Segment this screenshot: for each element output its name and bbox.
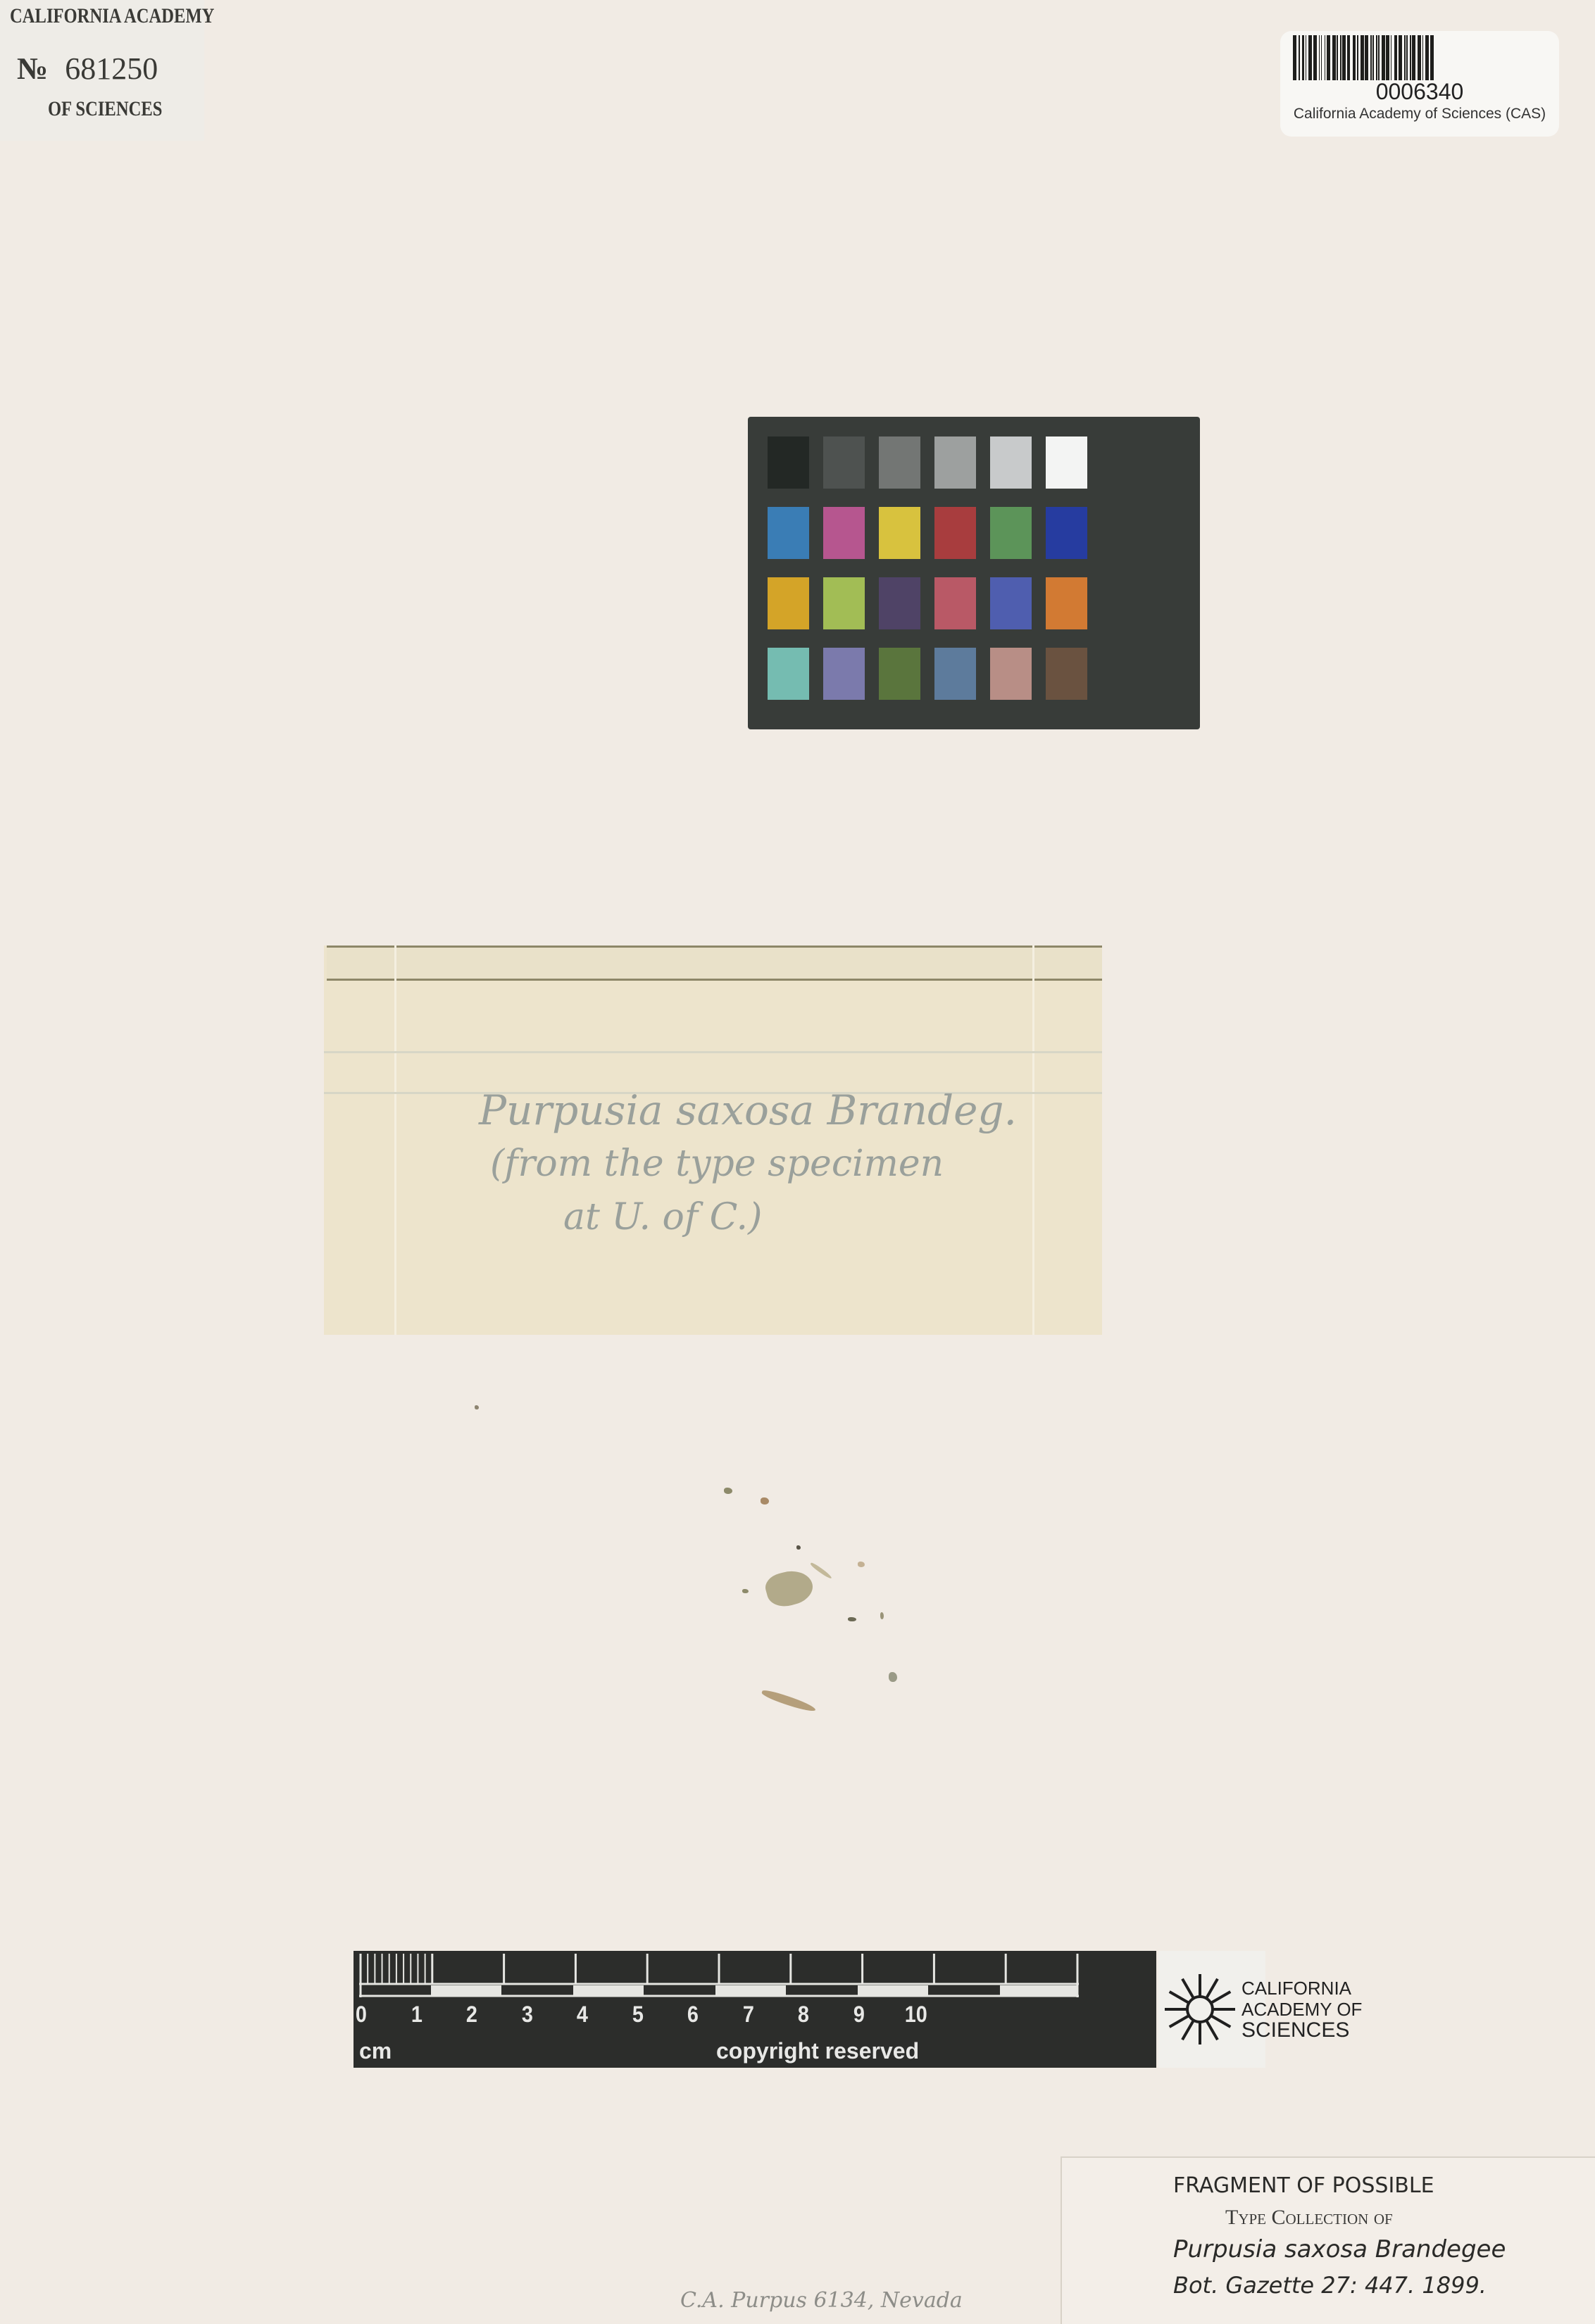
barcode-institution: California Academy of Sciences (CAS)	[1280, 106, 1559, 123]
color-patch	[823, 577, 865, 629]
ruler-unit: cm	[359, 2038, 392, 2064]
cas-logo-text: CALIFORNIA ACADEMY OF SCIENCES	[1241, 1978, 1362, 2041]
annotation-line1: FRAGMENT OF POSSIBLE	[1173, 2173, 1434, 2198]
color-patch	[823, 436, 865, 489]
packet-handwriting-line2: (from the type specimen	[490, 1143, 944, 1185]
plant-stem-fragment	[810, 1562, 833, 1580]
logo-line2: ACADEMY OF	[1241, 1999, 1362, 2020]
color-patch	[1046, 648, 1087, 700]
color-patch	[1046, 436, 1087, 489]
ruler-tick-label: 3	[521, 2002, 532, 2028]
packet-handwriting-line1: Purpusia saxosa Brandeg.	[479, 1086, 1017, 1134]
collector-note: C.A. Purpus 6134, Nevada	[680, 2288, 963, 2313]
color-patch	[879, 507, 920, 559]
ruler-tick-label: 9	[853, 2002, 864, 2028]
barcode-icon	[1293, 35, 1539, 80]
ruler-copyright: copyright reserved	[716, 2038, 919, 2064]
annotation-citation: Bot. Gazette 27: 447. 1899.	[1173, 2272, 1487, 2299]
color-patch	[768, 577, 809, 629]
packet-handwriting-line3: at U. of C.)	[563, 1196, 762, 1238]
packet-flap	[327, 946, 1102, 981]
annotation-line2: Type Collection of	[1225, 2206, 1393, 2230]
packet-fold-right	[1032, 946, 1034, 1335]
number-sign: №	[17, 51, 48, 86]
accession-stamp: CALIFORNIA ACADEMY №681250 OF SCIENCES	[0, 0, 204, 141]
logo-line3: SCIENCES	[1241, 2020, 1362, 2041]
stamp-number-line: №681250	[17, 51, 158, 87]
accession-number: 681250	[65, 51, 158, 86]
barcode-label: 0006340 California Academy of Sciences (…	[1280, 31, 1559, 137]
plant-debris	[848, 1617, 856, 1621]
ruler-tick-label: 5	[632, 2002, 643, 2028]
scale-ruler: 012345678910 cm copyright reserved CALIF…	[354, 1951, 1156, 2068]
color-patch	[823, 648, 865, 700]
color-patch	[879, 436, 920, 489]
plant-debris	[742, 1589, 749, 1593]
barcode-number: 0006340	[1280, 79, 1559, 105]
ruler-scale-bar	[359, 1954, 1079, 1997]
ruler-tick-label: 4	[577, 2002, 588, 2028]
plant-debris	[858, 1562, 865, 1567]
packet-ruled-line	[324, 1051, 1102, 1053]
color-patch	[879, 577, 920, 629]
plant-stem-fragment	[761, 1688, 817, 1714]
color-patch	[879, 648, 920, 700]
ruler-tick-label: 10	[905, 2002, 927, 2028]
ruler-tick-label: 8	[798, 2002, 809, 2028]
color-patch	[768, 507, 809, 559]
color-patch	[990, 507, 1032, 559]
color-patch	[1046, 507, 1087, 559]
color-patch	[934, 436, 976, 489]
color-patch	[934, 577, 976, 629]
color-patch	[934, 507, 976, 559]
color-patch	[990, 648, 1032, 700]
color-patch	[768, 436, 809, 489]
ruler-tick-label: 6	[687, 2002, 699, 2028]
annotation-taxon: Purpusia saxosa Brandegee	[1173, 2235, 1506, 2263]
plant-debris	[724, 1488, 732, 1494]
color-checker-card	[748, 417, 1200, 729]
plant-leaf-fragment	[763, 1566, 816, 1610]
plant-debris	[475, 1405, 479, 1409]
ruler-tick-label: 7	[742, 2002, 753, 2028]
color-patch	[768, 648, 809, 700]
cas-logo-panel: CALIFORNIA ACADEMY OF SCIENCES	[1158, 1951, 1265, 2068]
ruler-tick-label: 2	[466, 2002, 477, 2028]
plant-debris	[889, 1672, 897, 1682]
stamp-institution-line1: CALIFORNIA ACADEMY	[10, 4, 214, 28]
color-patch	[934, 648, 976, 700]
plant-debris	[880, 1612, 884, 1619]
plant-debris	[796, 1545, 801, 1550]
logo-line1: CALIFORNIA	[1241, 1978, 1362, 1999]
ruler-tick-label: 0	[356, 2002, 367, 2028]
specimen-packet: Purpusia saxosa Brandeg. (from the type …	[324, 946, 1102, 1335]
color-patch	[823, 507, 865, 559]
plant-debris	[761, 1497, 769, 1505]
ruler-tick-label: 1	[411, 2002, 422, 2028]
annotation-label: FRAGMENT OF POSSIBLE Type Collection of …	[1061, 2156, 1595, 2324]
color-patch	[990, 436, 1032, 489]
cas-snowflake-logo-icon	[1161, 1971, 1239, 2048]
color-patch	[990, 577, 1032, 629]
stamp-institution-line2: OF SCIENCES	[48, 97, 162, 121]
color-patch	[1046, 577, 1087, 629]
packet-fold-left	[394, 946, 396, 1335]
color-patch-grid	[768, 436, 1087, 700]
